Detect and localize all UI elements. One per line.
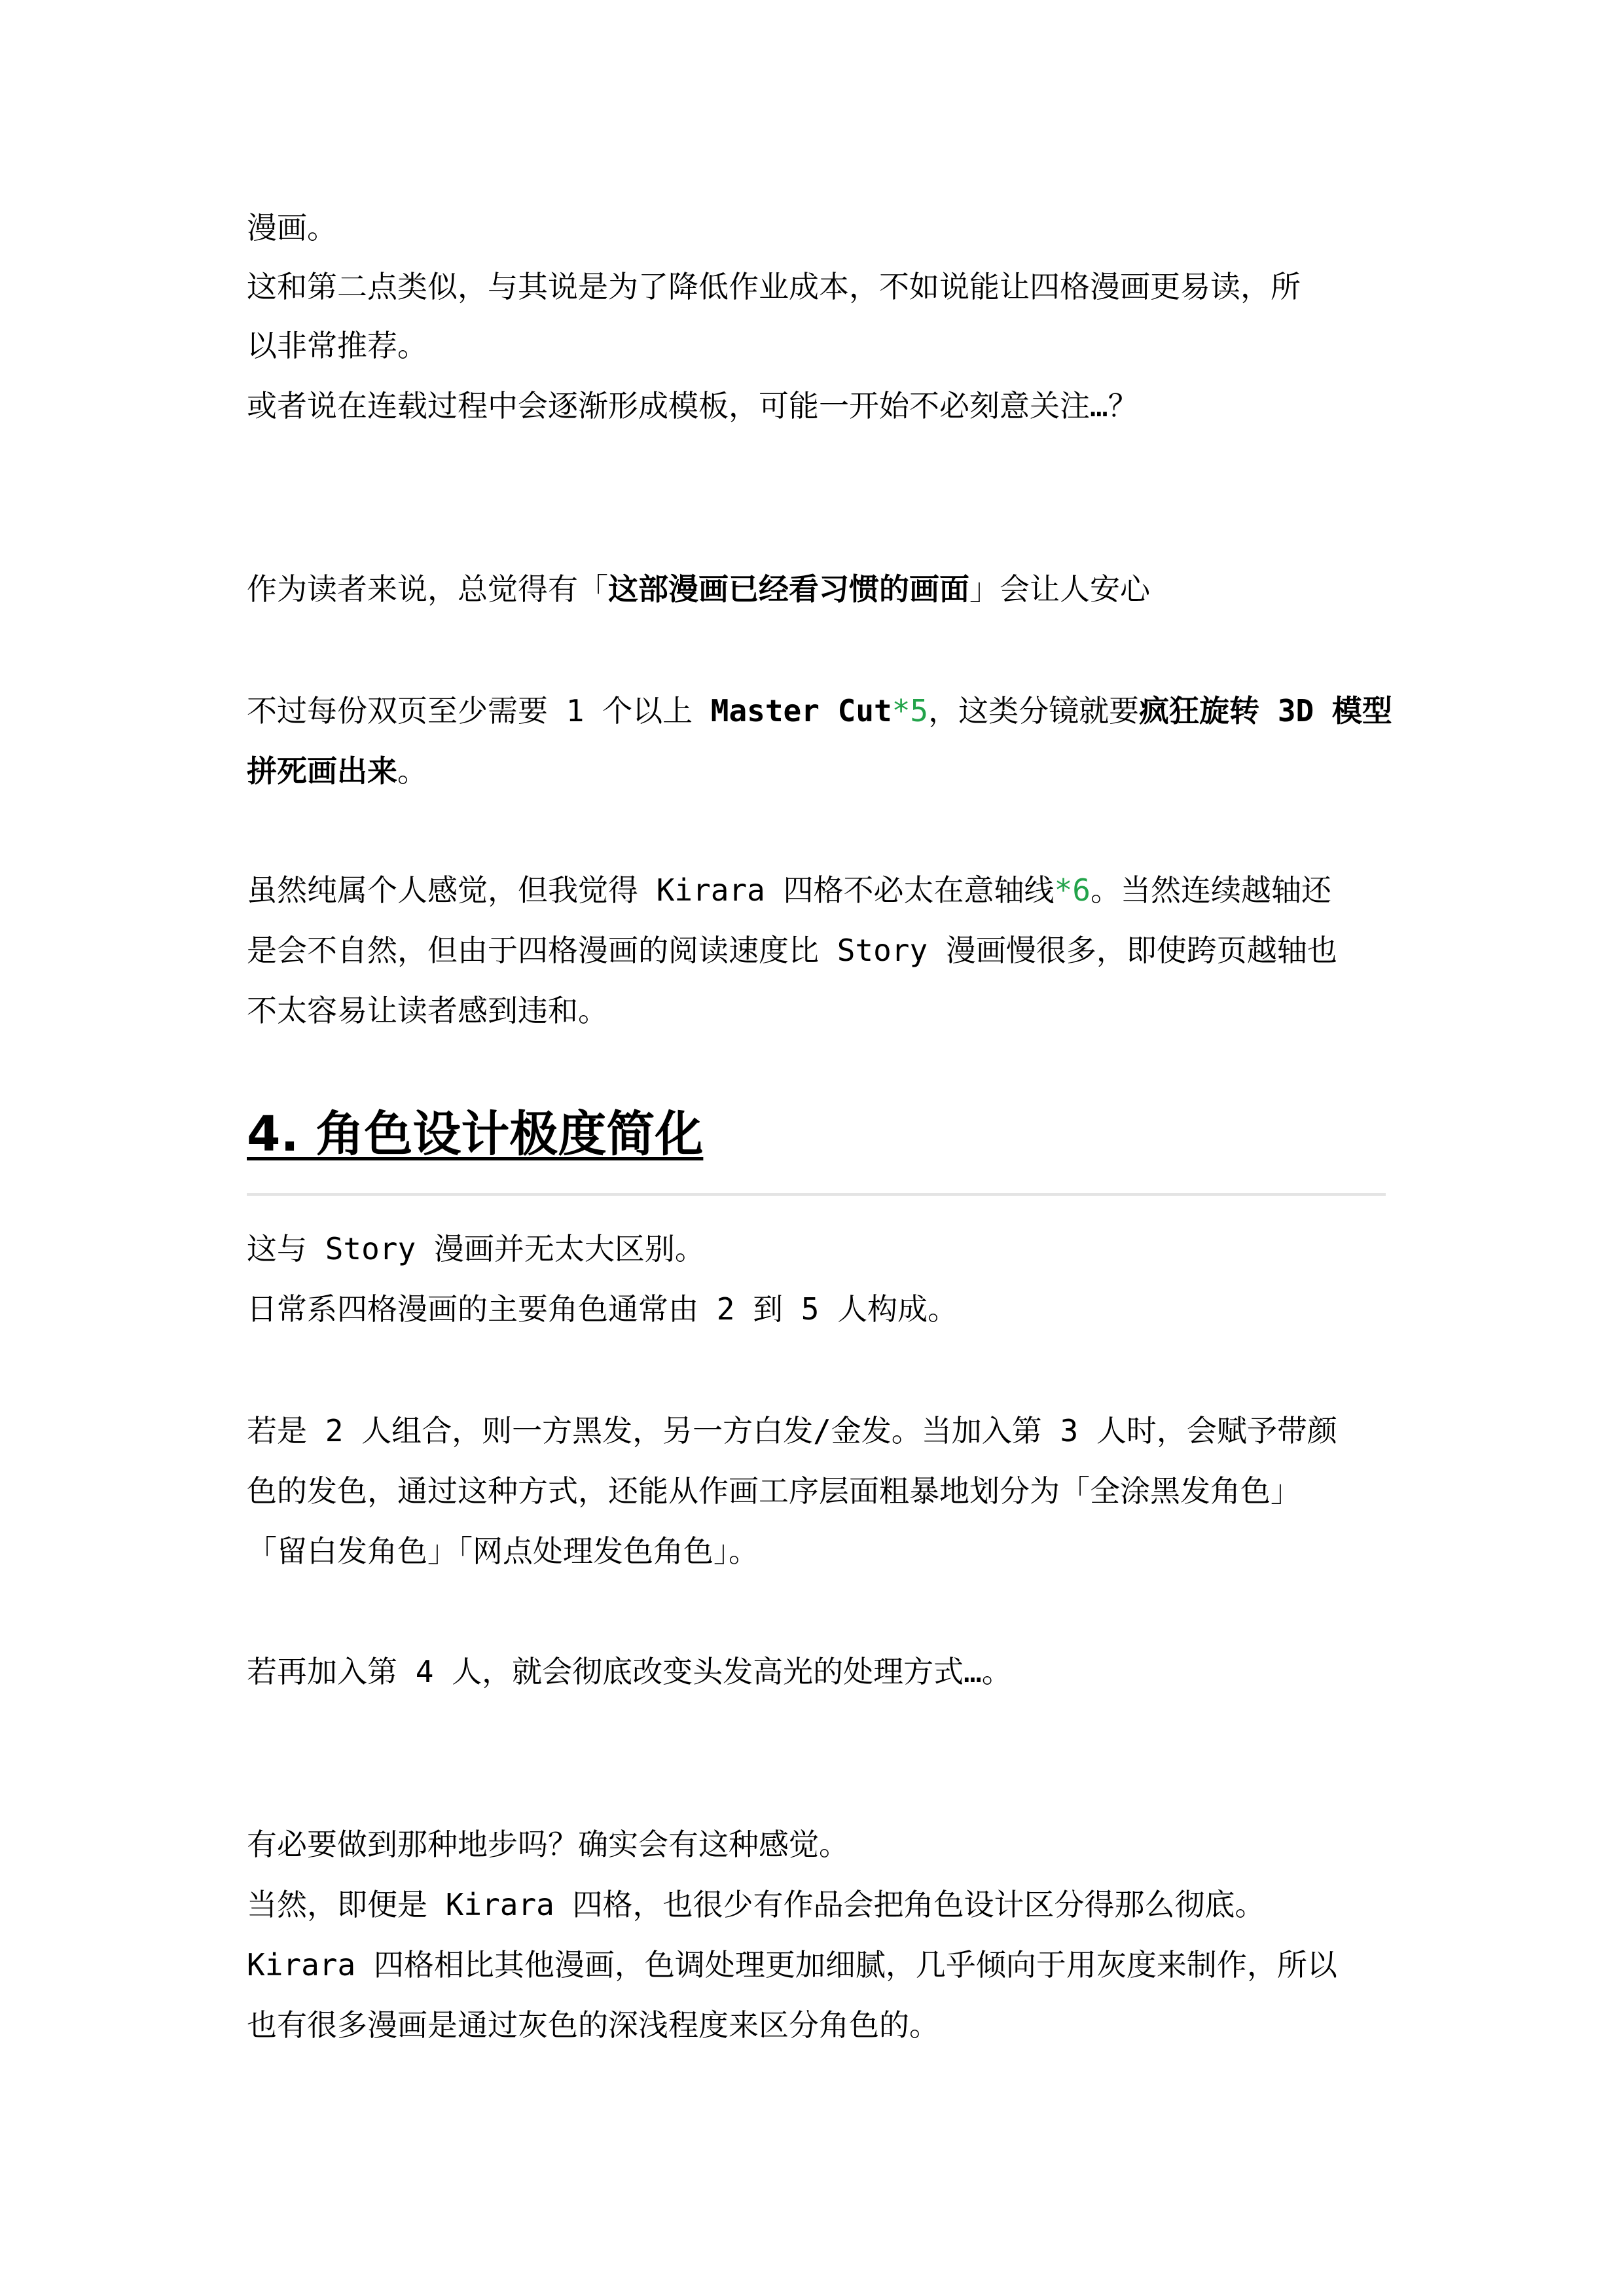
text-line: 「留白发角色」「网点处理发色角色」。 <box>247 1532 759 1571</box>
text-span: 」会让人安心 <box>969 571 1150 607</box>
text-line: Kirara 四格相比其他漫画，色调处理更加细腻，几乎倾向于用灰度来制作，所以 <box>247 1945 1337 1984</box>
section-heading: 4. 角色设计极度简化 <box>247 1105 703 1164</box>
text-line: 以非常推荐。 <box>247 326 427 365</box>
heading-divider <box>247 1193 1386 1196</box>
text-line: 有必要做到那种地步吗？确实会有这种感觉。 <box>247 1825 849 1864</box>
text-line: 不太容易让读者感到违和。 <box>247 991 608 1030</box>
text-span: 虽然纯属个人感觉，但我觉得 Kirara 四格不必太在意轴线 <box>247 872 1055 908</box>
text-line: 作为读者来说，总觉得有「这部漫画已经看习惯的画面」会让人安心 <box>247 569 1150 609</box>
text-line: 不过每份双页至少需要 1 个以上 Master Cut*5，这类分镜就要疯狂旋转… <box>247 691 1392 730</box>
text-line: 这和第二点类似，与其说是为了降低作业成本，不如说能让四格漫画更易读，所 <box>247 267 1301 306</box>
footnote-link[interactable]: *6 <box>1055 872 1091 908</box>
text-line: 虽然纯属个人感觉，但我觉得 Kirara 四格不必太在意轴线*6。当然连续越轴还 <box>247 870 1331 910</box>
text-line: 日常系四格漫画的主要角色通常由 2 到 5 人构成。 <box>247 1289 958 1329</box>
text-line: 若再加入第 4 人，就会彻底改变头发高光的处理方式…。 <box>247 1652 1012 1691</box>
footnote-link[interactable]: *5 <box>892 693 928 728</box>
text-span: 作为读者来说，总觉得有「 <box>247 571 608 607</box>
text-line: 若是 2 人组合，则一方黑发，另一方白发/金发。当加入第 3 人时，会赋予带颜 <box>247 1411 1337 1450</box>
text-span: 。当然连续越轴还 <box>1091 872 1331 908</box>
text-line: 色的发色，通过这种方式，还能从作画工序层面粗暴地划分为「全涂黑发角色」 <box>247 1471 1301 1511</box>
text-line: 是会不自然，但由于四格漫画的阅读速度比 Story 漫画慢很多，即使跨页越轴也 <box>247 931 1337 970</box>
bold-term: Master Cut <box>711 693 892 728</box>
text-line: 也有很多漫画是通过灰色的深浅程度来区分角色的。 <box>247 2005 939 2045</box>
text-line: 或者说在连载过程中会逐渐形成模板，可能一开始不必刻意关注…？ <box>247 386 1138 425</box>
text-line: 拼死画出来。 <box>247 751 427 791</box>
text-line: 当然，即便是 Kirara 四格，也很少有作品会把角色设计区分得那么彻底。 <box>247 1885 1265 1924</box>
text-span: 不过每份双页至少需要 1 个以上 <box>247 693 711 728</box>
text-span: ，这类分镜就要 <box>928 693 1139 728</box>
text-line: 漫画。 <box>247 208 337 247</box>
bold-phrase: 这部漫画已经看习惯的画面 <box>608 571 969 607</box>
bold-phrase: 疯狂旋转 3D 模型 <box>1139 693 1392 728</box>
text-line: 这与 Story 漫画并无太大区别。 <box>247 1229 705 1268</box>
text-span: 。 <box>397 753 427 789</box>
bold-phrase: 拼死画出来 <box>247 753 397 789</box>
